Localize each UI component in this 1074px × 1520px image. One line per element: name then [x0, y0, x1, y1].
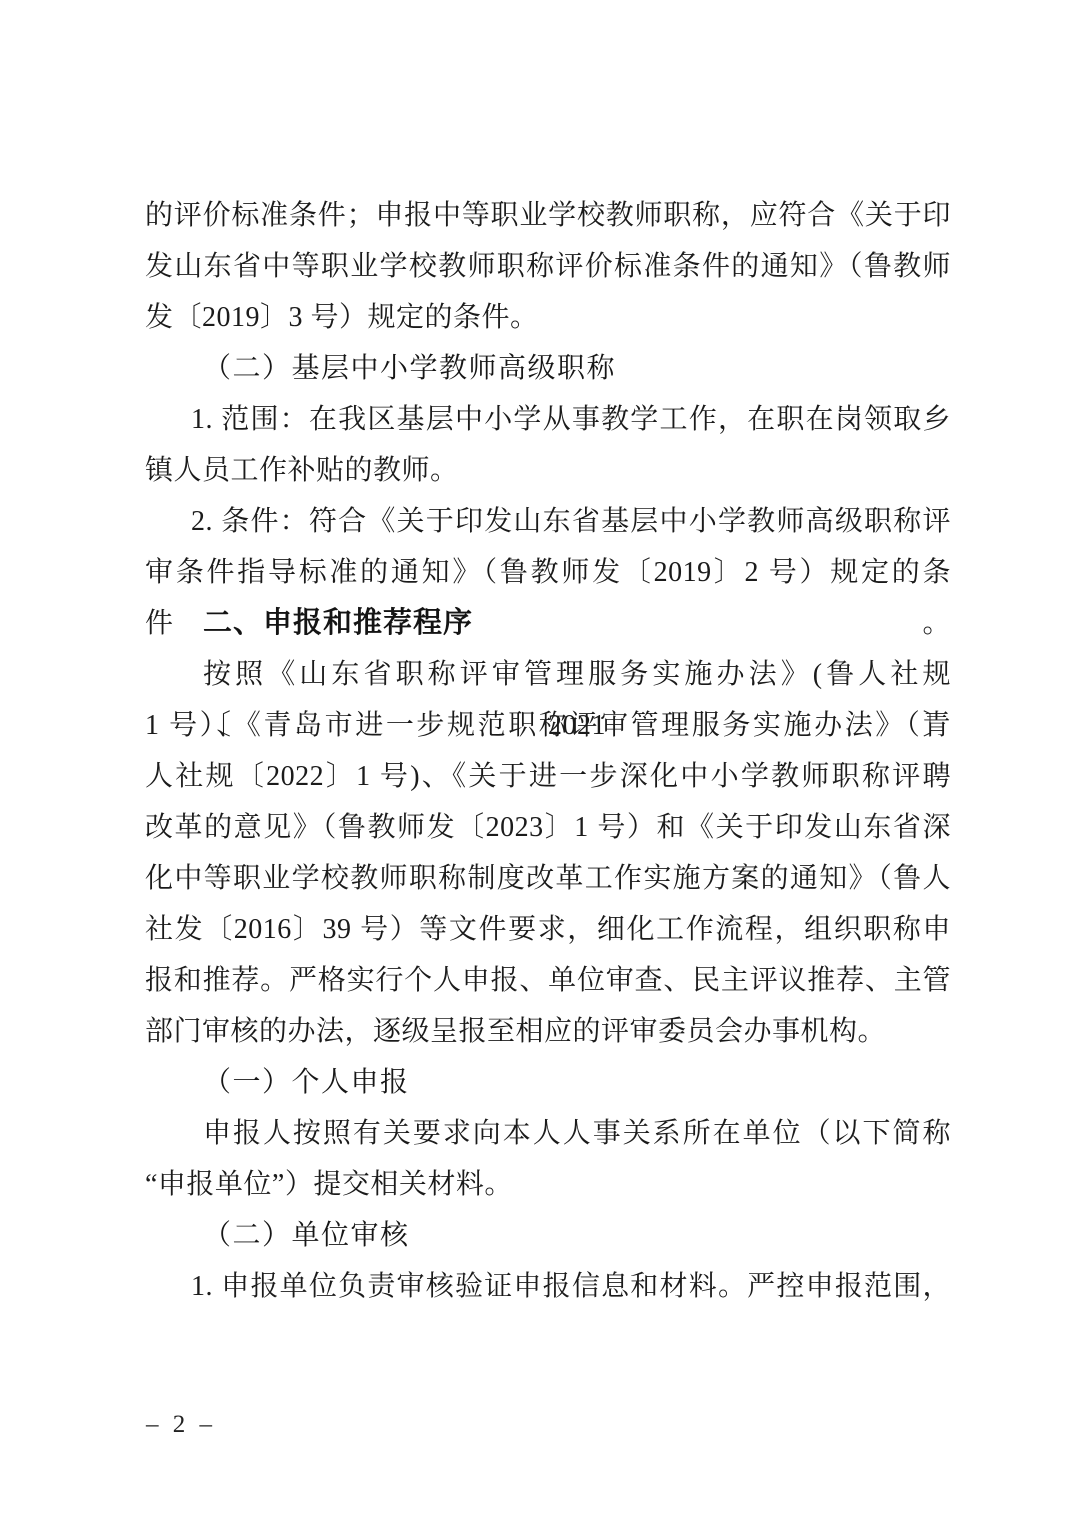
text-line: “申报单位”）提交相关材料。: [145, 1159, 951, 1210]
text-line: 的评价标准条件；申报中等职业学校教师职称，应符合《关于印: [145, 190, 951, 241]
text-line: 1. 申报单位负责审核验证申报信息和材料。严控申报范围，: [145, 1261, 951, 1312]
document-page: 的评价标准条件；申报中等职业学校教师职称，应符合《关于印发山东省中等职业学校教师…: [0, 0, 1074, 1520]
text-line: 化中等职业学校教师职称制度改革工作实施方案的通知》（鲁人: [145, 853, 951, 904]
text-line: 按照《山东省职称评审管理服务实施办法》(鲁人社规〔2021〕: [145, 649, 951, 700]
text-line: 1. 范围：在我区基层中小学从事教学工作，在职在岗领取乡: [145, 394, 951, 445]
text-line: 审条件指导标准的通知》（鲁教师发〔2019〕2 号）规定的条件。: [145, 547, 951, 598]
text-line: （一）个人申报: [145, 1057, 951, 1108]
text-line: 发〔2019〕3 号）规定的条件。: [145, 292, 951, 343]
text-line: 镇人员工作补贴的教师。: [145, 445, 951, 496]
text-line: 发山东省中等职业学校教师职称评价标准条件的通知》（鲁教师: [145, 241, 951, 292]
text-line: 申报人按照有关要求向本人人事关系所在单位（以下简称: [145, 1108, 951, 1159]
text-line: 2. 条件：符合《关于印发山东省基层中小学教师高级职称评: [145, 496, 951, 547]
text-line: 报和推荐。严格实行个人申报、单位审查、民主评议推荐、主管: [145, 955, 951, 1006]
text-line: 1 号）、《青岛市进一步规范职称评审管理服务实施办法》（青: [145, 700, 951, 751]
text-line: （二）基层中小学教师高级职称: [145, 343, 951, 394]
text-line: 社发〔2016〕39 号）等文件要求，细化工作流程，组织职称申: [145, 904, 951, 955]
page-number: – 2 –: [146, 1408, 216, 1442]
text-line: 人社规〔2022〕1 号)、《关于进一步深化中小学教师职称评聘: [145, 751, 951, 802]
document-body: 的评价标准条件；申报中等职业学校教师职称，应符合《关于印发山东省中等职业学校教师…: [145, 190, 951, 1312]
text-line: （二）单位审核: [145, 1210, 951, 1261]
text-line: 改革的意见》（鲁教师发〔2023〕1 号）和《关于印发山东省深: [145, 802, 951, 853]
text-line: 部门审核的办法，逐级呈报至相应的评审委员会办事机构。: [145, 1006, 951, 1057]
